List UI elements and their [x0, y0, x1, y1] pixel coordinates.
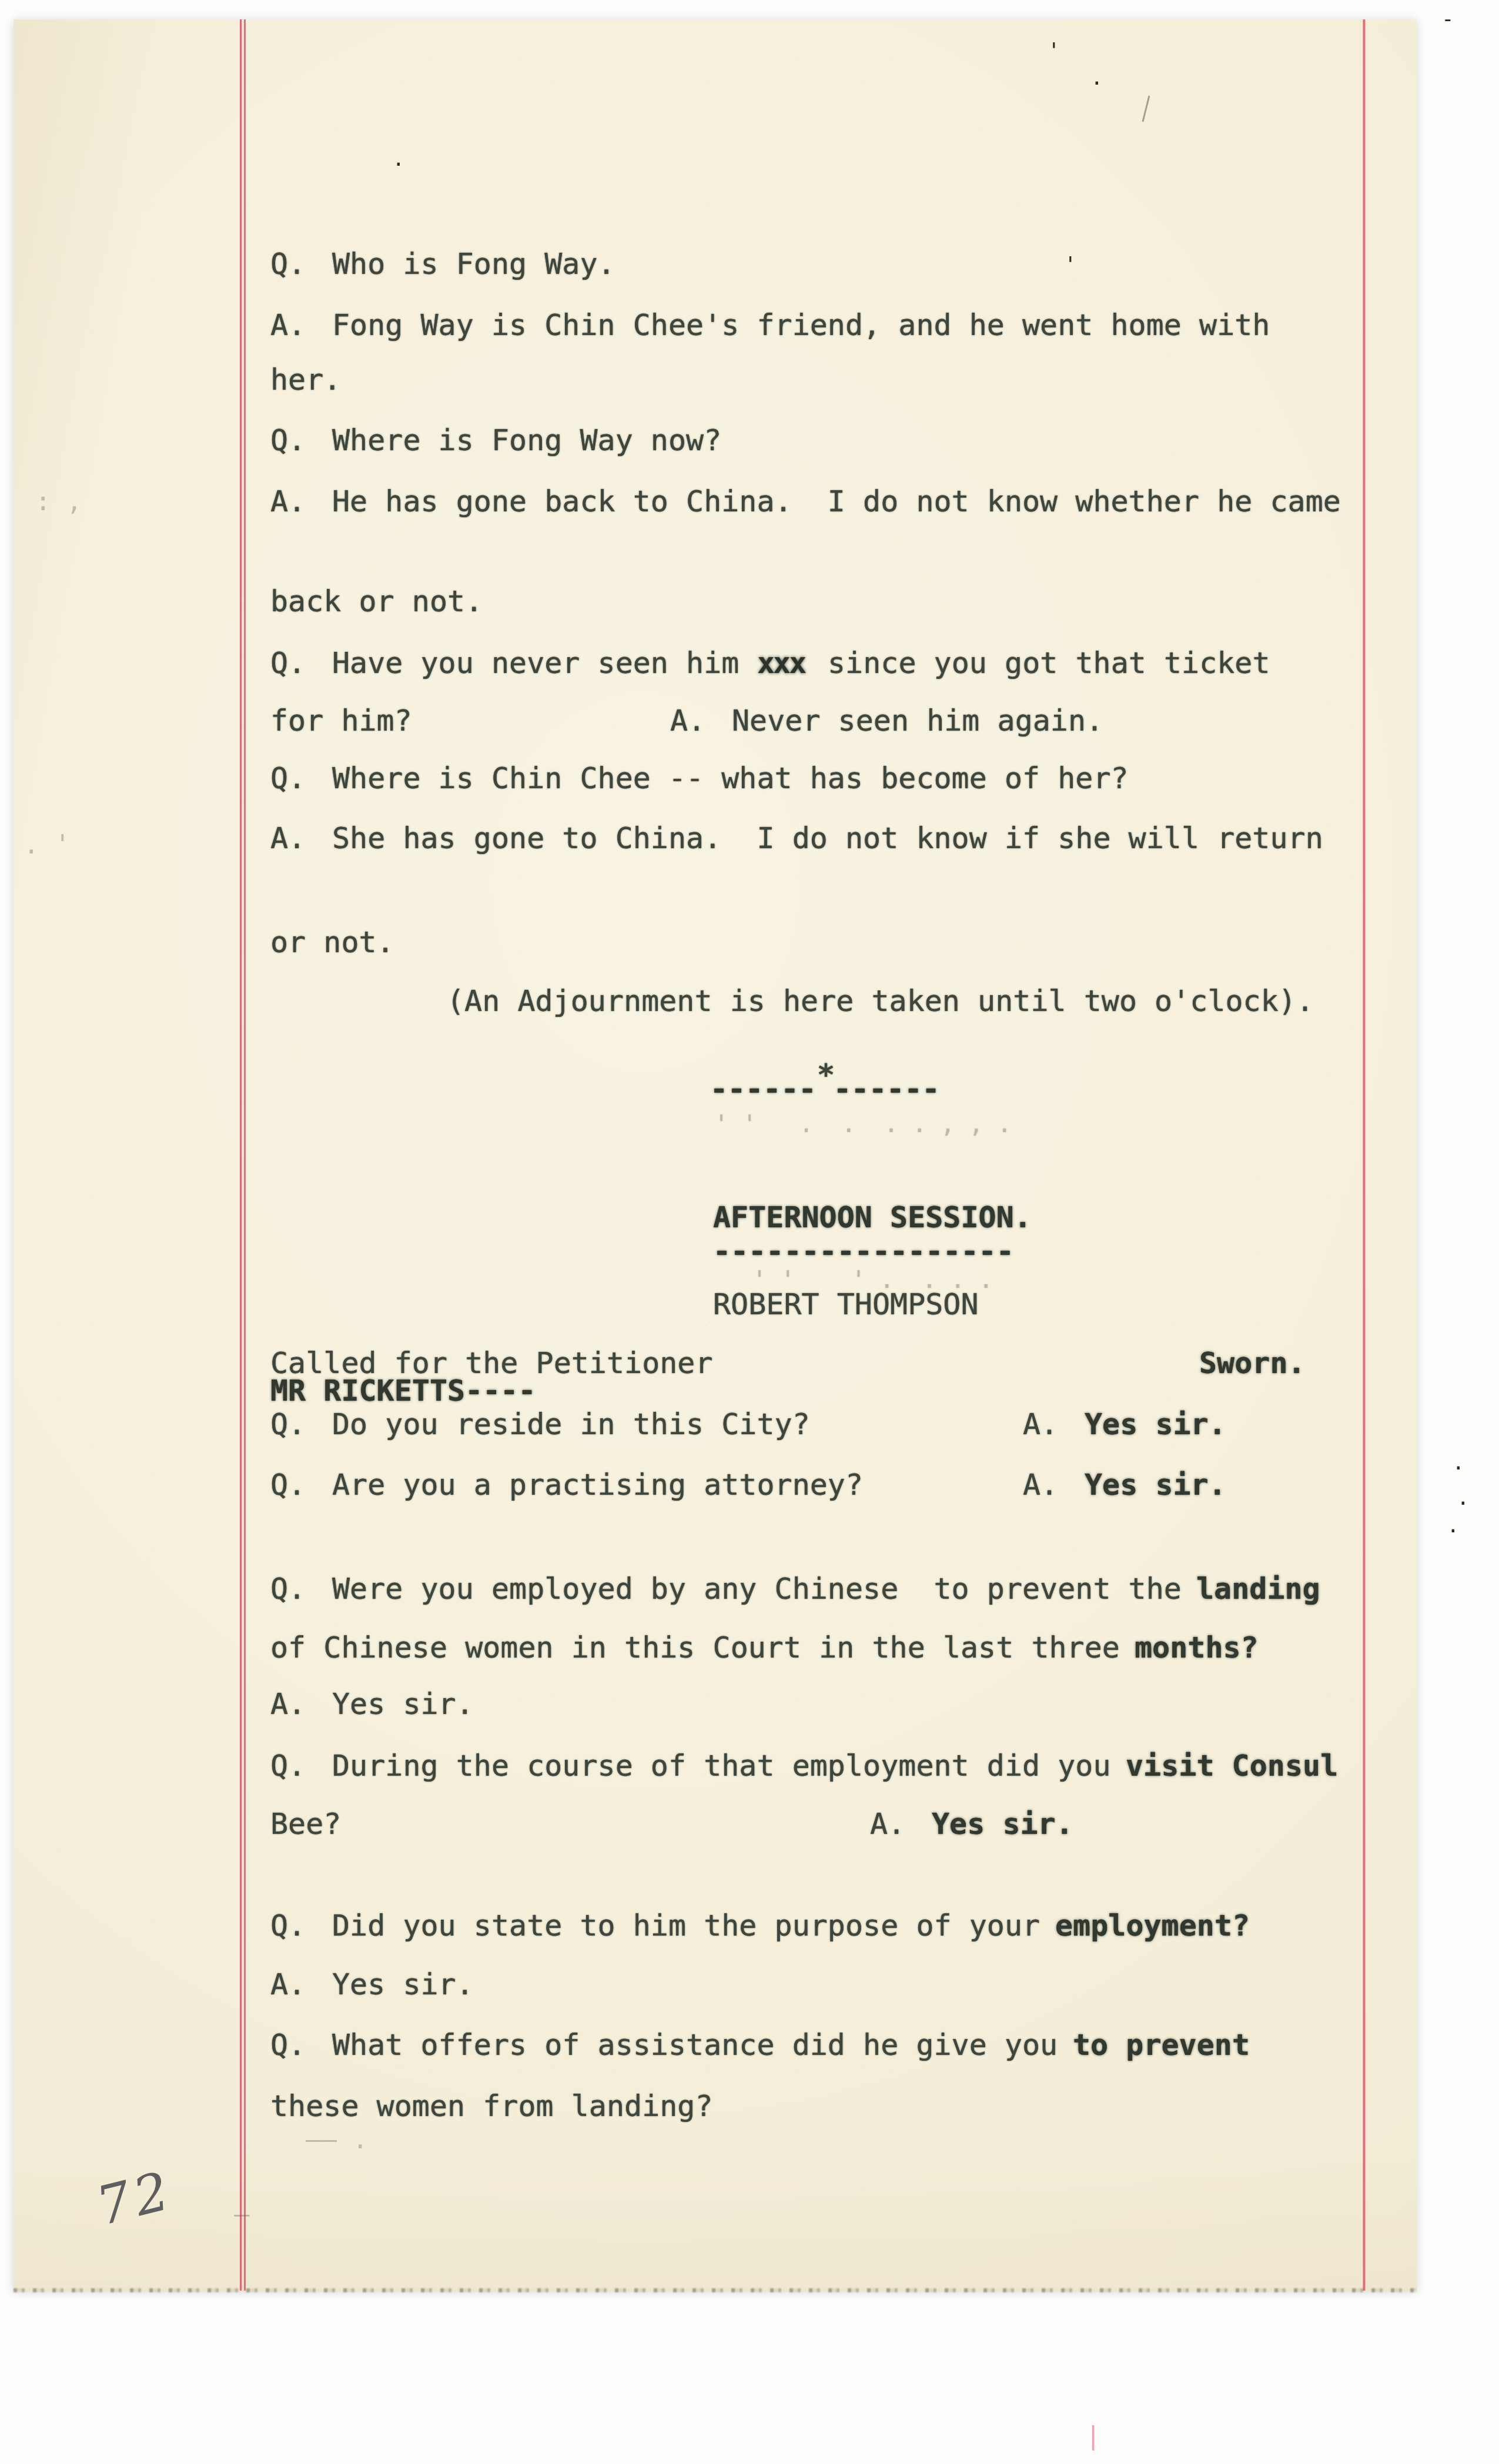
stray-mark: . [1090, 66, 1103, 90]
stray-mark: . ' [24, 830, 70, 860]
stray-mark: . [392, 147, 405, 171]
stray-mark: ' [1064, 253, 1077, 277]
stray-mark: . [1452, 1451, 1465, 1475]
stray-marks: 72——– .'.'.: ,. '...-| [0, 0, 1499, 2464]
stray-mark: - [1441, 7, 1454, 31]
stray-mark: . [1447, 1514, 1460, 1538]
stray-mark: . [1457, 1486, 1470, 1510]
stray-mark: ' [1048, 39, 1060, 63]
handwritten-page-number: 72 [91, 2160, 179, 2238]
stray-mark: : , [35, 487, 82, 517]
stray-mark: | [1086, 2422, 1100, 2450]
scanned-transcript-page: Q.Who is Fong Way.A.Fong Way is Chin Che… [0, 0, 1499, 2464]
scratch-mark [1142, 95, 1150, 122]
stray-mark: —– . [306, 2125, 368, 2155]
stray-mark: — [234, 2199, 250, 2229]
